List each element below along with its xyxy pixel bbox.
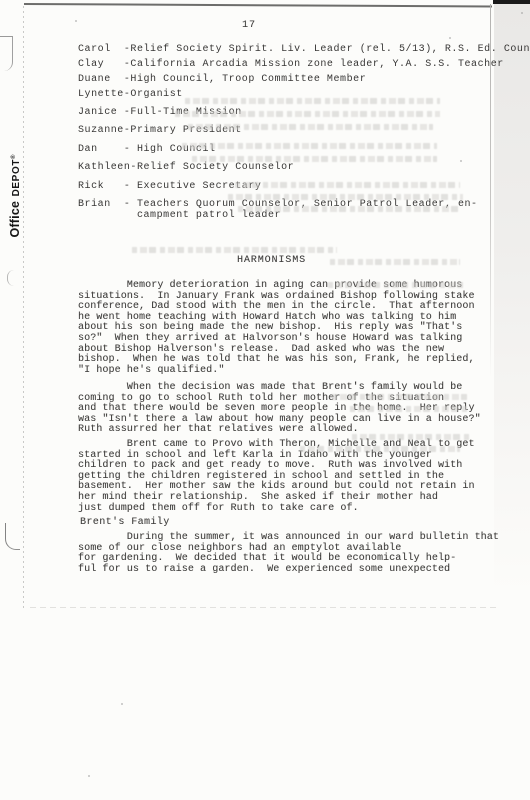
scan-curl-artifact-middle [7, 270, 16, 286]
bleedthrough-text-mark [235, 182, 460, 188]
bleedthrough-text-mark [350, 406, 468, 412]
roster-line: Carol -Relief Society Spirit. Liv. Leade… [78, 44, 530, 55]
scan-speck [521, 12, 523, 14]
bleedthrough-text-mark [332, 394, 467, 400]
scan-speck [88, 775, 90, 777]
bleedthrough-text-mark [185, 98, 440, 104]
page-number: 17 [242, 20, 256, 31]
scan-curl-artifact-top [0, 36, 13, 71]
scan-speck [121, 703, 123, 705]
paragraph-during-the-summer: During the summer, it was announced in o… [78, 533, 499, 575]
brand-office-text: Office [8, 201, 22, 238]
bleedthrough-text-mark [192, 156, 437, 162]
scan-speck [460, 160, 462, 162]
bleedthrough-text-mark [328, 282, 463, 288]
roster-line: Clay -California Arcadia Mission zone le… [78, 59, 530, 70]
perforation-dotted-line [23, 6, 24, 610]
office-depot-logo: Office DEPOT® [6, 146, 22, 246]
bleedthrough-text-mark [132, 247, 337, 253]
bleedthrough-text-mark [228, 194, 463, 200]
bleedthrough-text-mark [188, 124, 433, 130]
bleedthrough-text-mark [352, 434, 470, 440]
bleedthrough-rule-line [30, 607, 498, 608]
roster-line: Duane -High Council, Troop Committee Mem… [78, 74, 530, 85]
registered-trademark-symbol: ® [11, 155, 17, 159]
brand-depot-text: DEPOT [11, 159, 22, 196]
scan-curl-artifact-lower [5, 523, 20, 550]
section-heading-brents-family: Brent's Family [80, 517, 170, 528]
bleedthrough-text-mark [175, 111, 440, 117]
roster-line: Kathleen-Relief Society Counselor [78, 162, 530, 173]
bleedthrough-text-mark [300, 446, 460, 452]
section-heading-harmonisms: HARMONISMS [237, 255, 306, 266]
bleedthrough-text-mark [182, 143, 437, 149]
bleedthrough-text-mark [330, 259, 460, 265]
scanner-dark-bar [493, 0, 530, 4]
scanned-document-page: Office DEPOT® 17 Carol -Relief Society S… [0, 0, 530, 800]
bleedthrough-text-mark [238, 206, 458, 212]
scan-speck [449, 37, 451, 39]
paragraph-memory-deterioration: Memory deterioration in aging can provid… [78, 281, 475, 376]
scan-speck [75, 20, 77, 22]
